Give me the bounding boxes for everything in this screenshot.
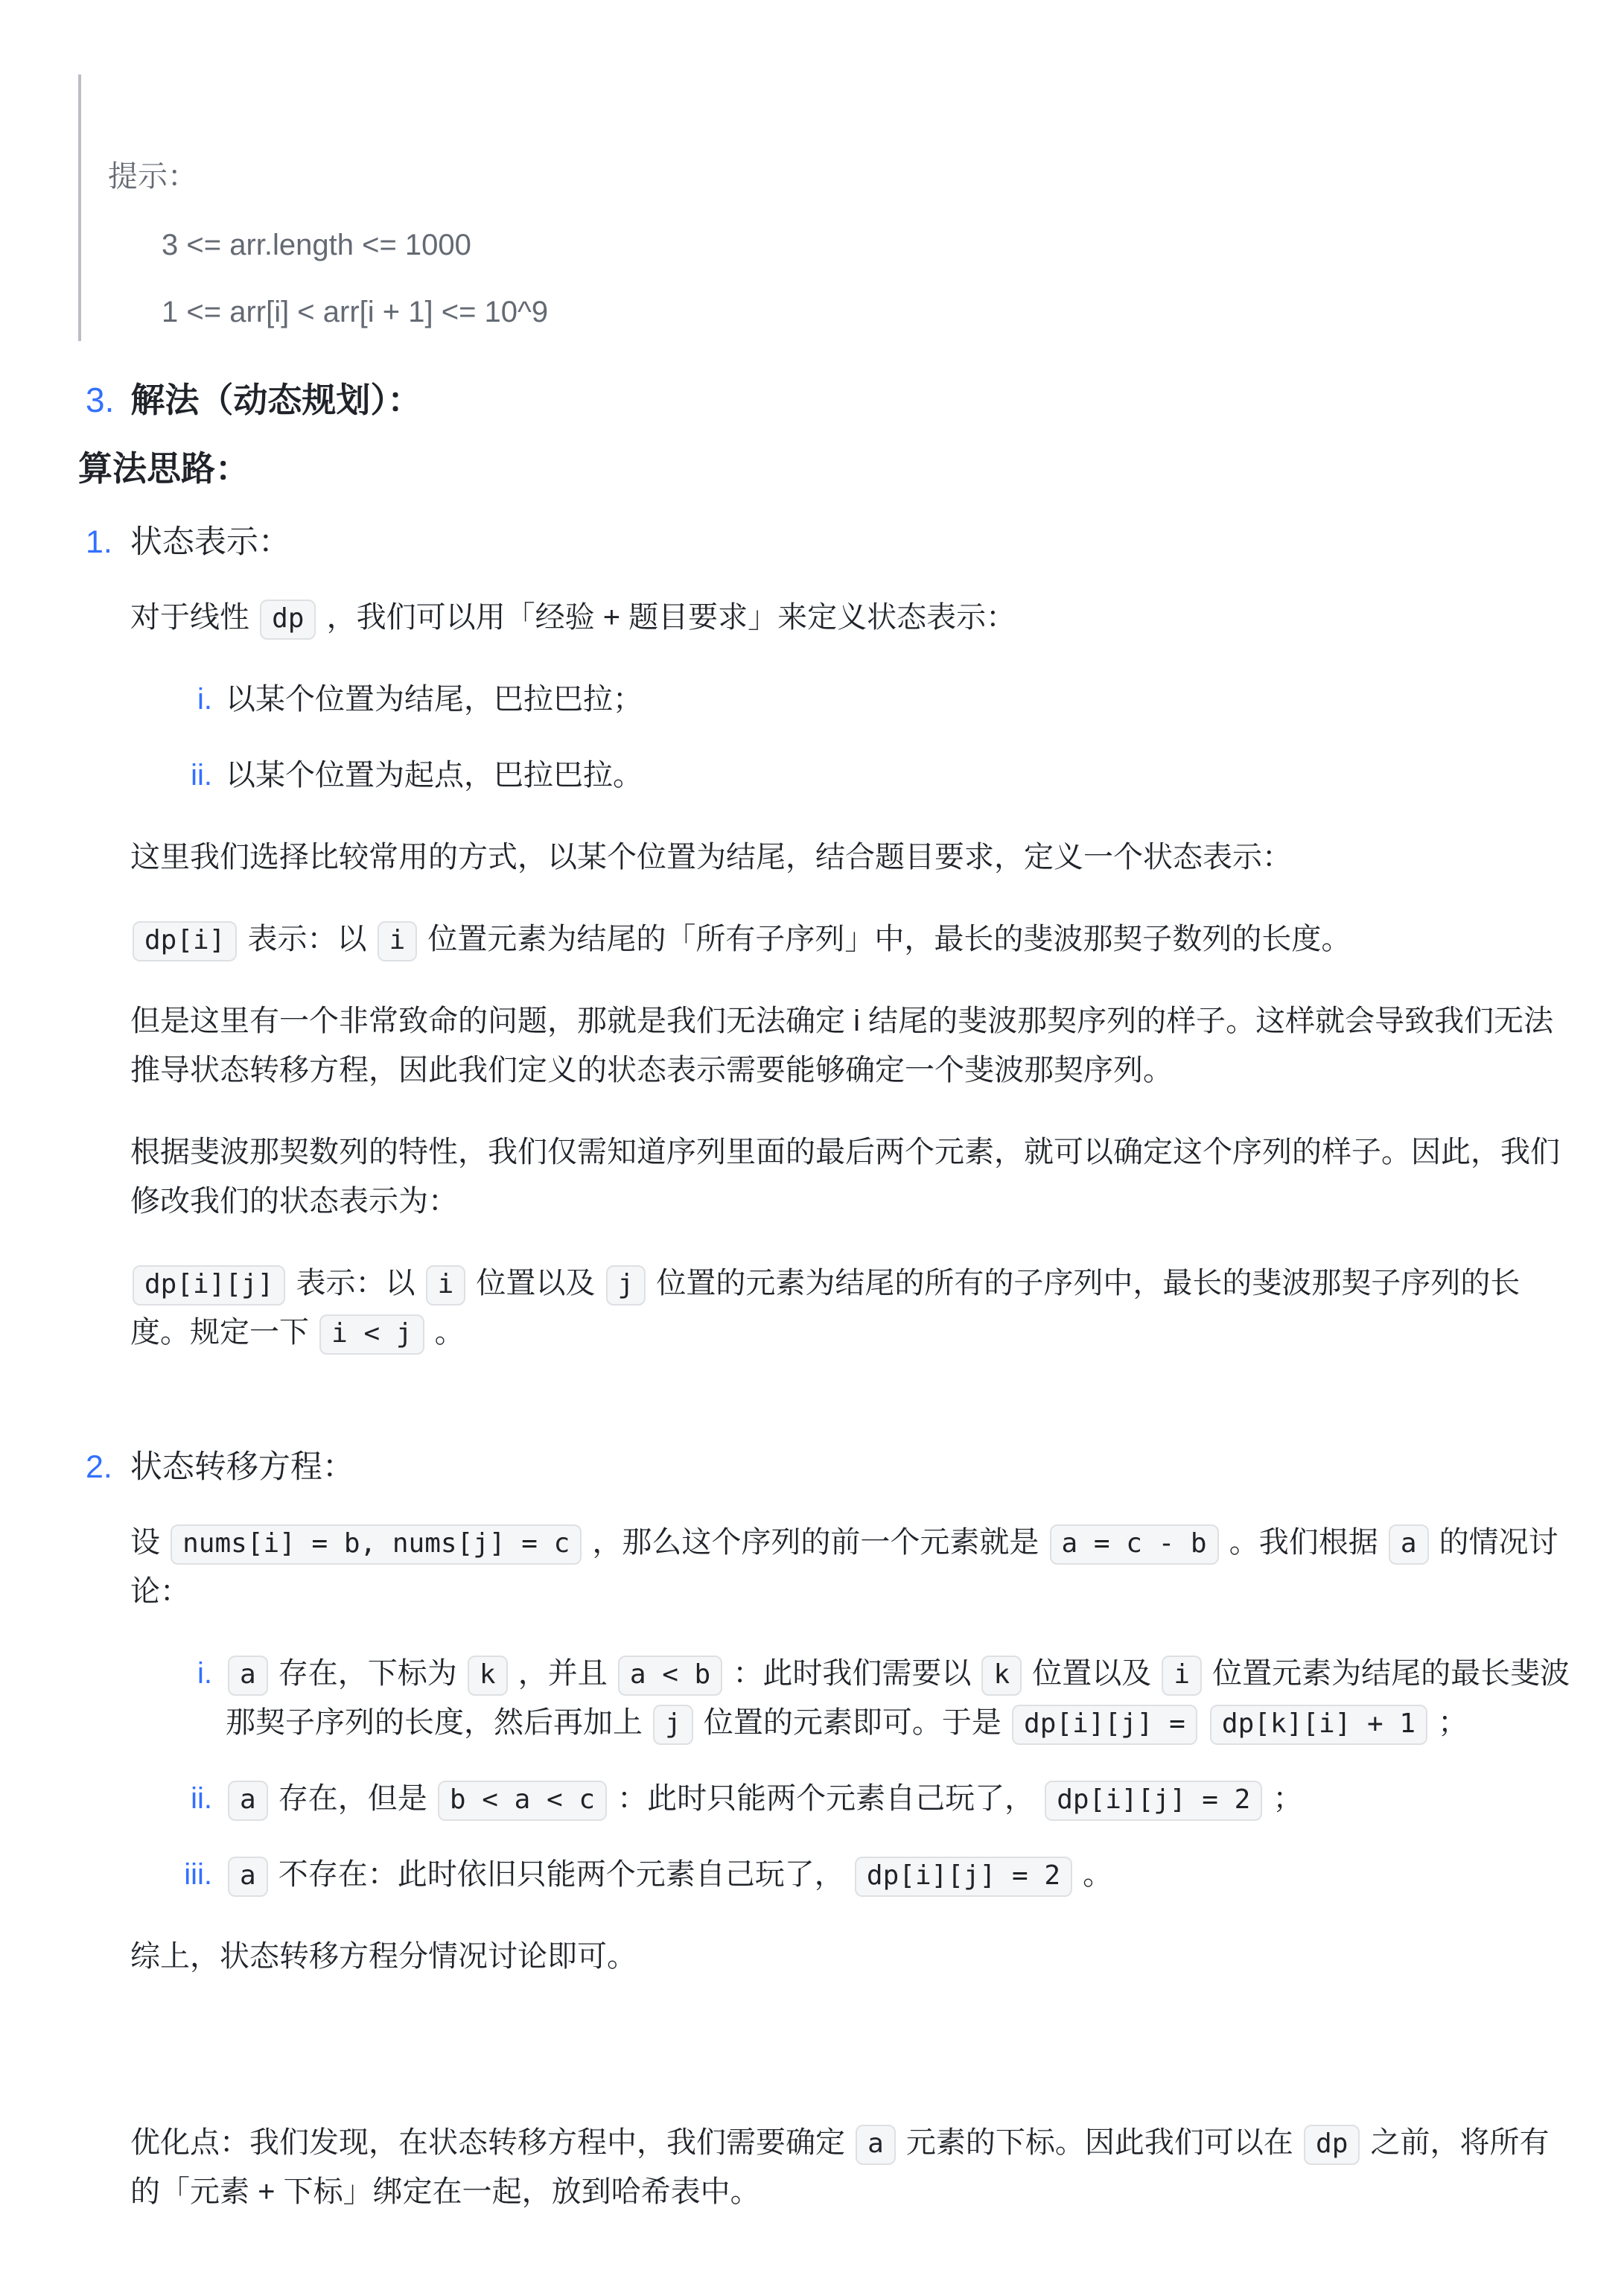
inline-code: dp [260,600,316,640]
inline-code: i < j [319,1314,424,1355]
text-run: 设 [130,1526,168,1559]
inline-code: k [981,1656,1022,1696]
paragraph: 这里我们选择比较常用的方式，以某个位置为结尾，结合题目要求，定义一个状态表示： [130,833,1572,882]
text-run: 。 [1074,1858,1112,1891]
text-run: 但是这里有一个非常致命的问题，那就是我们无法确定 i 结尾的斐波那契序列的样子。… [130,1005,1553,1087]
paragraph: 综上，状态转移方程分情况讨论即可。 [130,1932,1572,1981]
text-run: 对于线性 [130,601,258,634]
roman-number: ii. [182,751,212,800]
list-number: 2. [86,1449,112,1485]
paragraph: 对于线性 dp ，我们可以用「经验 + 题目要求」来定义状态表示： [130,593,1572,642]
roman-number: ii. [182,1774,212,1823]
inline-code: a [1389,1524,1429,1565]
constraint-line: 1 <= arr[i] < arr[i + 1] <= 10^9 [162,287,1572,337]
inline-code: dp [1304,2125,1360,2165]
inline-code: a [228,1656,268,1696]
inline-code: nums[i] = b, nums[j] = c [171,1524,582,1565]
sub-list-item: i. 以某个位置为结尾，巴拉巴拉； [182,675,1572,724]
text-run: 位置的元素即可。于是 [695,1706,1010,1739]
inline-code: dp[k][i] + 1 [1210,1705,1427,1745]
inline-code: b < a < c [438,1781,607,1821]
case-item-text: a 存在，但是 b < a < c ：此时只能两个元素自己玩了， dp[i][j… [226,1774,1572,1823]
paragraph: 设 nums[i] = b, nums[j] = c ，那么这个序列的前一个元素… [130,1518,1572,1616]
inline-code: dp[i][j] = [1012,1705,1197,1745]
inline-code: a < b [618,1656,722,1696]
paragraph: dp[i] 表示：以 i 位置元素为结尾的「所有子序列」中，最长的斐波那契子数列… [130,915,1572,964]
text-run: 综上，状态转移方程分情况讨论即可。 [130,1940,637,1973]
approach-title: 算法思路： [78,442,1572,495]
hint-label: 提示： [108,152,1572,201]
text-run: 位置以及 [468,1267,603,1300]
text-run: 位置元素为结尾的「所有子序列」中，最长的斐波那契子数列的长度。 [419,923,1351,955]
text-run: 不存在：此时依旧只能两个元素自己玩了， [270,1858,853,1891]
inline-code: a [228,1781,268,1821]
inline-code: dp[i] [133,921,237,961]
list-item-1: 1.状态表示： [78,517,1572,567]
blank-line [130,2014,1572,2066]
list-item-text: 状态转移方程： [130,1449,354,1485]
blank-line [78,1390,1572,1442]
text-run: 存在，下标为 [270,1657,465,1690]
case-item-text: a 不存在：此时依旧只能两个元素自己玩了， dp[i][j] = 2 。 [226,1850,1572,1899]
text-run: 以某个位置为结尾，巴拉巴拉； [226,683,643,716]
roman-number: iii. [182,1850,212,1899]
sub-list-item: ii. 以某个位置为起点，巴拉巴拉。 [182,751,1572,800]
roman-number: i. [182,1649,212,1747]
text-run: 优化点：我们发现，在状态转移方程中，我们需要确定 [130,2126,853,2159]
text-run: ：此时只能两个元素自己玩了， [609,1782,1042,1815]
list-item-2: 2.状态转移方程： [78,1442,1572,1492]
hint-blockquote: 提示： 3 <= arr.length <= 1000 1 <= arr[i] … [78,74,1572,341]
text-run: ； [1430,1706,1468,1739]
text-run: ； [1264,1782,1302,1815]
sub-item-text: 以某个位置为结尾，巴拉巴拉； [226,675,1572,724]
text-run: ：此时我们需要以 [725,1657,979,1690]
list-item-text: 状态表示： [130,524,290,560]
paragraph: dp[i][j] 表示：以 i 位置以及 j 位置的元素为结尾的所有的子序列中，… [130,1259,1572,1357]
solution-heading-text: 解法（动态规划）： [130,381,421,419]
blank-line [130,2066,1572,2118]
sub-item-text: 以某个位置为起点，巴拉巴拉。 [226,751,1572,800]
paragraph: 优化点：我们发现，在状态转移方程中，我们需要确定 a 元素的下标。因此我们可以在… [130,2118,1572,2216]
roman-number: i. [182,675,212,724]
text-run: 。我们根据 [1221,1526,1386,1559]
inline-code: i [426,1265,466,1306]
list-number: 3. [86,381,114,419]
inline-code: a = c - b [1050,1524,1219,1565]
inline-code: a [856,2125,896,2165]
text-run: 这里我们选择比较常用的方式，以某个位置为结尾，结合题目要求，定义一个状态表示： [130,841,1292,874]
text-run: 。 [427,1316,465,1349]
case-list-item: iii. a 不存在：此时依旧只能两个元素自己玩了， dp[i][j] = 2 … [182,1850,1572,1899]
text-run: 以某个位置为起点，巴拉巴拉。 [226,759,643,792]
inline-code: a [228,1857,268,1897]
inline-code: i [378,921,418,961]
inline-code: dp[i][j] [133,1265,285,1306]
case-list-item: i. a 存在，下标为 k ，并且 a < b ：此时我们需要以 k 位置以及 … [182,1649,1572,1747]
inline-code: i [1162,1656,1202,1696]
item1-content: 对于线性 dp ，我们可以用「经验 + 题目要求」来定义状态表示： i. 以某个… [130,593,1572,1357]
text-run: 元素的下标。因此我们可以在 [898,2126,1302,2159]
text-run: ，并且 [510,1657,616,1690]
text-run: 位置以及 [1024,1657,1159,1690]
inline-code: j [606,1265,646,1306]
text-run: 根据斐波那契数列的特性，我们仅需知道序列里面的最后两个元素，就可以确定这个序列的… [130,1136,1560,1218]
text-run: ，我们可以用「经验 + 题目要求」来定义状态表示： [318,601,1016,634]
text-run: 表示：以 [287,1267,423,1300]
case-item-text: a 存在，下标为 k ，并且 a < b ：此时我们需要以 k 位置以及 i 位… [226,1649,1572,1747]
text-run [1200,1706,1208,1739]
inline-code: dp[i][j] = 2 [1045,1781,1262,1821]
text-run: 存在，但是 [270,1782,436,1815]
case-list-item: ii. a 存在，但是 b < a < c ：此时只能两个元素自己玩了， dp[… [182,1774,1572,1823]
text-run: 表示：以 [239,923,375,955]
inline-code: dp[i][j] = 2 [855,1857,1072,1897]
solution-heading: 3.解法（动态规划）： [78,374,1572,426]
text-run: ，那么这个序列的前一个元素就是 [584,1526,1047,1559]
constraint-line: 3 <= arr.length <= 1000 [162,220,1572,270]
paragraph: 但是这里有一个非常致命的问题，那就是我们无法确定 i 结尾的斐波那契序列的样子。… [130,996,1572,1095]
paragraph: 根据斐波那契数列的特性，我们仅需知道序列里面的最后两个元素，就可以确定这个序列的… [130,1128,1572,1226]
document-page: 提示： 3 <= arr.length <= 1000 1 <= arr[i] … [0,0,1624,2296]
inline-code: j [653,1705,693,1745]
inline-code: k [468,1656,508,1696]
list-number: 1. [86,524,112,560]
item2-content: 设 nums[i] = b, nums[j] = c ，那么这个序列的前一个元素… [130,1518,1572,2216]
